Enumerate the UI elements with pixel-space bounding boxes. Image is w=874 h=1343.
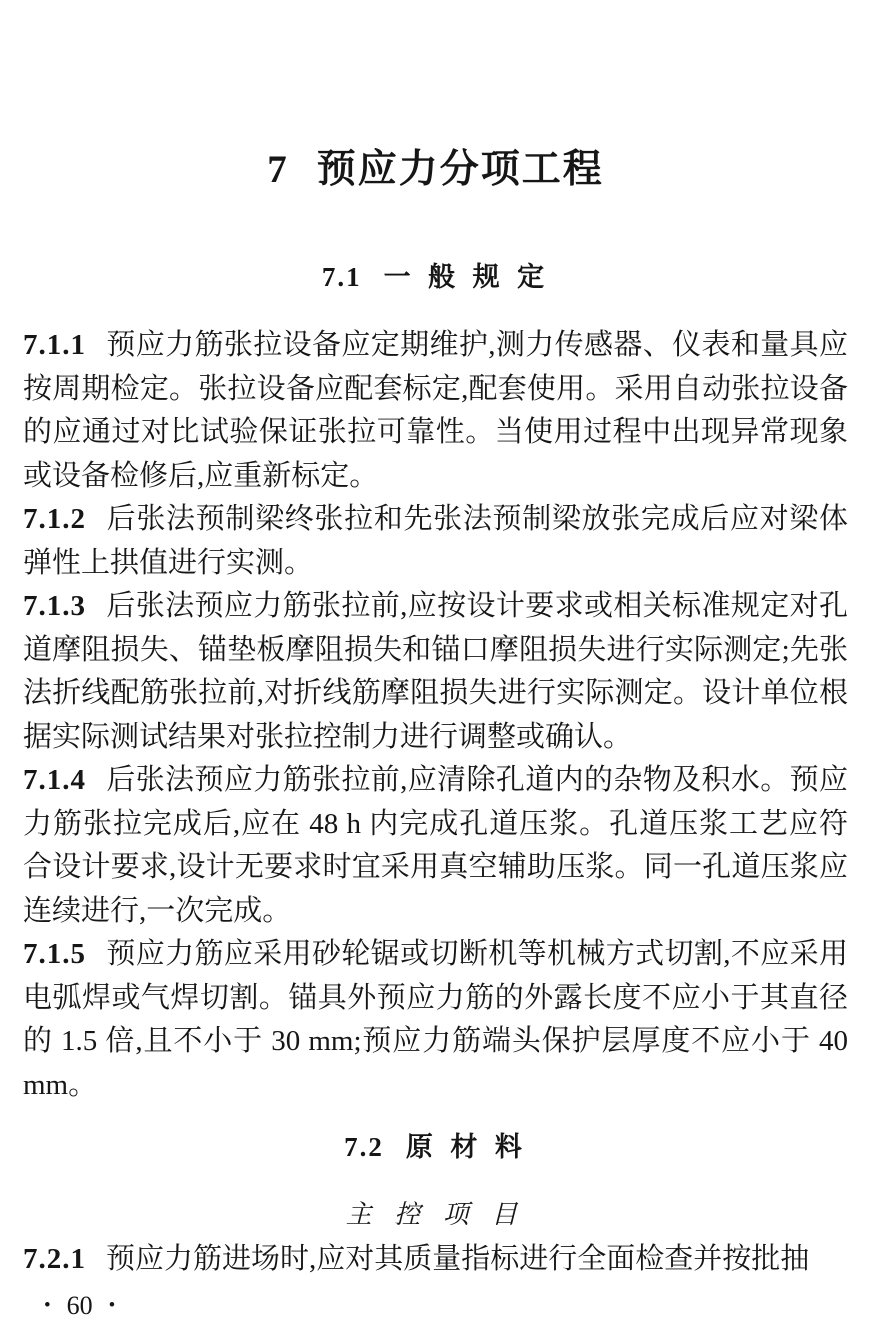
- clause-7-1-2: 7.1.2后张法预制梁终张拉和先张法预制梁放张完成后应对梁体弹性上拱值进行实测。: [23, 498, 848, 585]
- footer-left-dot: •: [44, 1295, 51, 1316]
- page-footer: •60•: [44, 1292, 115, 1320]
- clause-7-1-5-number: 7.1.5: [23, 938, 86, 970]
- clause-7-2-1: 7.2.1预应力筋进场时,应对其质量指标进行全面检查并按批抽: [23, 1238, 848, 1282]
- clause-7-1-3-text: 后张法预应力筋张拉前,应按设计要求或相关标准规定对孔道摩阻损失、锚垫板摩阻损失和…: [23, 590, 848, 753]
- section-7-2-title: 原 材 料: [406, 1132, 527, 1162]
- section-7-1-number: 7.1: [322, 262, 362, 292]
- section-7-2-heading: 7.2原 材 料: [23, 1132, 848, 1163]
- clause-7-1-3-number: 7.1.3: [23, 590, 86, 622]
- clause-7-1-4-text: 后张法预应力筋张拉前,应清除孔道内的杂物及积水。预应力筋张拉完成后,应在 48 …: [23, 764, 848, 927]
- chapter-title: 7预应力分项工程: [23, 0, 848, 193]
- clause-7-1-5-text: 预应力筋应采用砂轮锯或切断机等机械方式切割,不应采用电弧焊或气焊切割。锚具外预应…: [23, 938, 848, 1101]
- footer-right-dot: •: [109, 1295, 116, 1316]
- clause-7-1-2-text: 后张法预制梁终张拉和先张法预制梁放张完成后应对梁体弹性上拱值进行实测。: [23, 503, 848, 579]
- clause-7-1-4-number: 7.1.4: [23, 764, 86, 796]
- section-7-2-number: 7.2: [344, 1132, 384, 1162]
- document-page: 7预应力分项工程 7.1一 般 规 定 7.1.1预应力筋张拉设备应定期维护,测…: [0, 0, 874, 1343]
- section-7-1-title: 一 般 规 定: [384, 262, 550, 292]
- clause-7-1-4: 7.1.4后张法预应力筋张拉前,应清除孔道内的杂物及积水。预应力筋张拉完成后,应…: [23, 759, 848, 933]
- clause-7-2-1-number: 7.2.1: [23, 1243, 86, 1275]
- chapter-number: 7: [267, 148, 289, 191]
- page-number: 60: [67, 1291, 93, 1320]
- section-7-1-body: 7.1.1预应力筋张拉设备应定期维护,测力传感器、仪表和量具应按周期检定。张拉设…: [23, 324, 848, 1107]
- subsection-main-control-items: 主 控 项 目: [23, 1200, 848, 1230]
- clause-7-1-1-number: 7.1.1: [23, 329, 86, 361]
- clause-7-1-1-text: 预应力筋张拉设备应定期维护,测力传感器、仪表和量具应按周期检定。张拉设备应配套标…: [23, 329, 848, 492]
- section-7-2-body: 7.2.1预应力筋进场时,应对其质量指标进行全面检查并按批抽: [23, 1238, 848, 1282]
- section-7-1-heading: 7.1一 般 规 定: [23, 262, 848, 293]
- chapter-title-text: 预应力分项工程: [317, 148, 604, 191]
- clause-7-1-2-number: 7.1.2: [23, 503, 86, 535]
- clause-7-2-1-text: 预应力筋进场时,应对其质量指标进行全面检查并按批抽: [106, 1243, 809, 1275]
- clause-7-1-5: 7.1.5预应力筋应采用砂轮锯或切断机等机械方式切割,不应采用电弧焊或气焊切割。…: [23, 933, 848, 1107]
- clause-7-1-1: 7.1.1预应力筋张拉设备应定期维护,测力传感器、仪表和量具应按周期检定。张拉设…: [23, 324, 848, 498]
- clause-7-1-3: 7.1.3后张法预应力筋张拉前,应按设计要求或相关标准规定对孔道摩阻损失、锚垫板…: [23, 585, 848, 759]
